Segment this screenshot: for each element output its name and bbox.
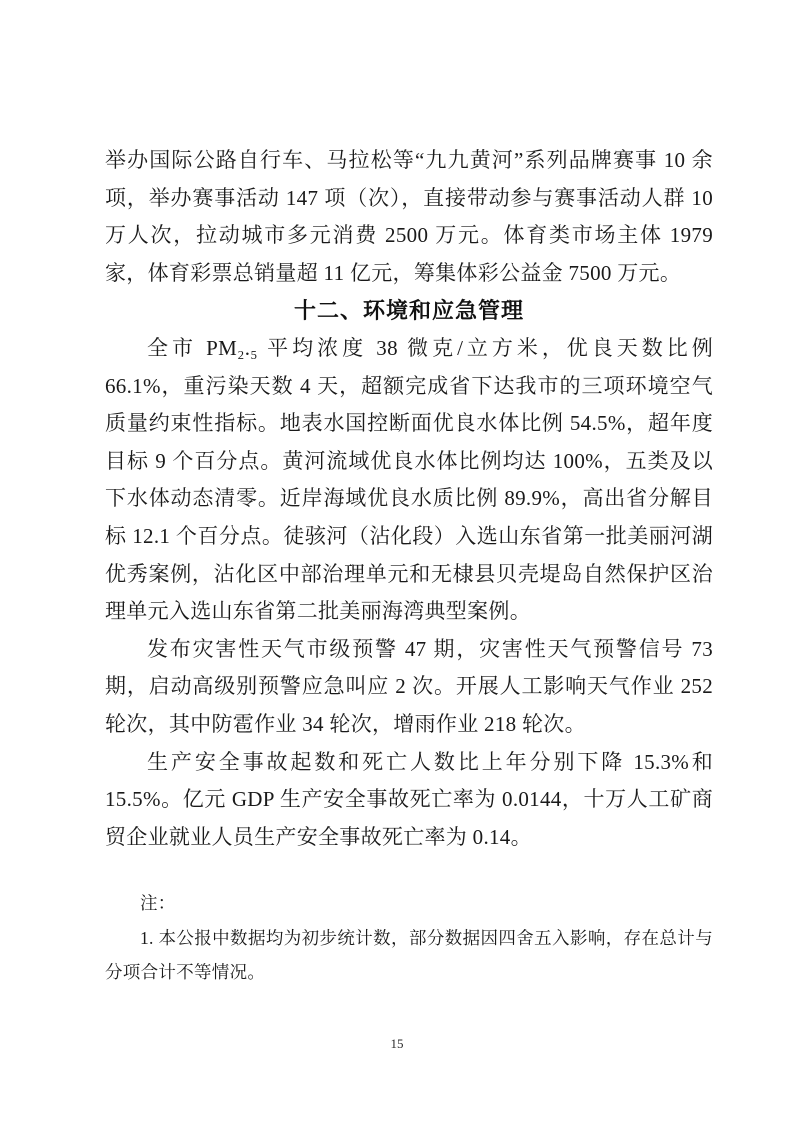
- page-footer: 15: [0, 1036, 794, 1052]
- page-content: 举办国际公路自行车、马拉松等“九九黄河”系列品牌赛事 10 余项，举办赛事活动 …: [105, 142, 713, 990]
- paragraph-sports-events: 举办国际公路自行车、马拉松等“九九黄河”系列品牌赛事 10 余项，举办赛事活动 …: [105, 142, 713, 292]
- paragraph-weather-warnings: 发布灾害性天气市级预警 47 期，灾害性天气预警信号 73 期，启动高级别预警应…: [105, 631, 713, 744]
- page-number: 15: [391, 1036, 404, 1051]
- paragraph-environment: 全市 PM₂.₅ 平均浓度 38 微克/立方米，优良天数比例 66.1%，重污染…: [105, 330, 713, 631]
- note-item: 1. 本公报中数据均为初步统计数，部分数据因四舍五入影响，存在总计与分项合计不等…: [105, 921, 713, 990]
- notes-section: 注： 1. 本公报中数据均为初步统计数，部分数据因四舍五入影响，存在总计与分项合…: [105, 886, 713, 990]
- section-heading: 十二、环境和应急管理: [105, 292, 713, 330]
- paragraph-work-safety: 生产安全事故起数和死亡人数比上年分别下降 15.3%和 15.5%。亿元 GDP…: [105, 744, 713, 857]
- notes-label: 注：: [105, 886, 713, 921]
